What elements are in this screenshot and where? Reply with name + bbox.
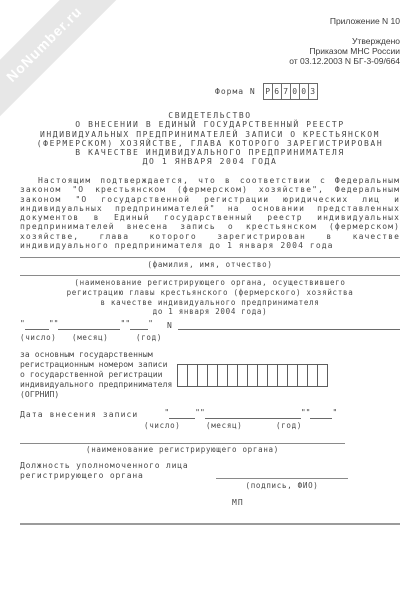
signature-block: (подпись, ФИО) [216, 478, 348, 490]
record-number-blank-field [178, 318, 400, 330]
registering-authority-name-fill-line [20, 443, 345, 444]
ogrnip-section: за основным государственным регистрацион… [20, 350, 400, 400]
ogrnip-cell [317, 364, 328, 387]
ogrnip-label-line: за основным государственным [20, 350, 178, 360]
fio-fill-line [20, 257, 400, 258]
paragraph-line: Настоящим подтверждается, что в соответс… [20, 176, 400, 185]
record-date-and-number-row: " " " " " " N [20, 318, 400, 330]
title-line: В КАЧЕСТВЕ ИНДИВИДУАЛЬНОГО ПРЕДПРИНИМАТЕ… [20, 148, 400, 157]
entry-date-label: Дата внесения записи [20, 410, 138, 419]
caption-line: регистрацию главы крестьянского (фермерс… [20, 288, 400, 298]
month-caption: (месяц) [72, 333, 109, 342]
day-caption: (число) [144, 421, 181, 430]
signature-caption: (подпись, ФИО) [216, 481, 348, 490]
paragraph-line: хозяйстве, глава которого зарегистрирова… [20, 232, 400, 241]
certificate-document-page: NoNumber.ru Приложение N 10 Утверждено П… [0, 0, 420, 600]
registering-authority-caption: (наименование регистрирующего органа, ос… [20, 278, 400, 317]
day-caption: (число) [20, 333, 57, 342]
ogrnip-label-line: регистрационным номером записи [20, 360, 178, 370]
official-position-line: Должность уполномоченного лица [20, 461, 189, 471]
paragraph-line: предпринимателей внесена запись о кресть… [20, 222, 400, 231]
registering-authority-name-caption: (наименование регистрирующего органа) [20, 445, 345, 454]
entry-date-captions: (число) (месяц) (год) [20, 421, 400, 430]
entry-date-row: Дата внесения записи " " " " " " [20, 407, 400, 419]
signature-fill-line [216, 478, 348, 479]
paragraph-line: документов в Единый государственный реес… [20, 213, 400, 222]
title-line: ДО 1 ЯНВАРЯ 2004 ГОДА [20, 157, 400, 166]
month-blank-field [58, 318, 120, 330]
title-line: СВИДЕТЕЛЬСТВО [20, 111, 400, 120]
quote-mark: " [148, 320, 153, 330]
ogrnip-label-line: о государственной регистрации [20, 370, 178, 380]
month-caption: (месяц) [206, 421, 243, 430]
official-position-line: регистрирующего органа [20, 471, 189, 481]
month-blank-field [205, 407, 301, 419]
bottom-divider [20, 523, 400, 525]
ogrnip-label: за основным государственным регистрацион… [20, 350, 178, 400]
title-line: (ФЕРМЕРСКОМ) ХОЗЯЙСТВЕ, ГЛАВА КОТОРОГО З… [20, 139, 400, 148]
document-body: СВИДЕТЕЛЬСТВО О ВНЕСЕНИИ В ЕДИНЫЙ ГОСУДА… [20, 0, 400, 600]
document-title: СВИДЕТЕЛЬСТВО О ВНЕСЕНИИ В ЕДИНЫЙ ГОСУДА… [20, 111, 400, 167]
fio-caption: (фамилия, имя, отчество) [20, 260, 400, 269]
registering-authority-fill-line [20, 275, 400, 276]
ogrnip-label-line: индивидуального предпринимателя [20, 380, 178, 390]
confirmation-paragraph: Настоящим подтверждается, что в соответс… [20, 176, 400, 250]
ogrnip-digit-grid [178, 364, 328, 387]
year-caption: (год) [136, 333, 162, 342]
year-caption: (год) [276, 421, 302, 430]
title-line: О ВНЕСЕНИИ В ЕДИНЫЙ ГОСУДАРСТВЕННЫЙ РЕЕС… [20, 120, 400, 129]
caption-line: (наименование регистрирующего органа, ос… [20, 278, 400, 288]
title-line: ИНДИВИДУАЛЬНЫХ ПРЕДПРИНИМАТЕЛЕЙ ЗАПИСИ О… [20, 130, 400, 139]
paragraph-line: индивидуальных предпринимателей" на осно… [20, 204, 400, 213]
stamp-place-label: МП [232, 498, 244, 507]
caption-line: до 1 января 2004 года) [20, 307, 400, 317]
quote-mark: " [332, 409, 337, 419]
day-blank-field [25, 318, 49, 330]
paragraph-line: индивидуального предпринимателя до 1 янв… [20, 241, 400, 250]
ogrnip-label-line: (ОГРНИП) [20, 390, 178, 400]
caption-line: в качестве индивидуального предпринимате… [20, 298, 400, 308]
year-blank-field [130, 318, 148, 330]
record-date-captions: (число) (месяц) (год) [20, 333, 400, 342]
paragraph-line: законом "О государственной регистрации ю… [20, 195, 400, 204]
record-number-sign: N [167, 321, 172, 330]
paragraph-line: законом "О крестьянском (фермерском) хоз… [20, 185, 400, 194]
year-blank-field [310, 407, 332, 419]
official-position-label: Должность уполномоченного лица регистрир… [20, 461, 189, 481]
day-blank-field [169, 407, 195, 419]
